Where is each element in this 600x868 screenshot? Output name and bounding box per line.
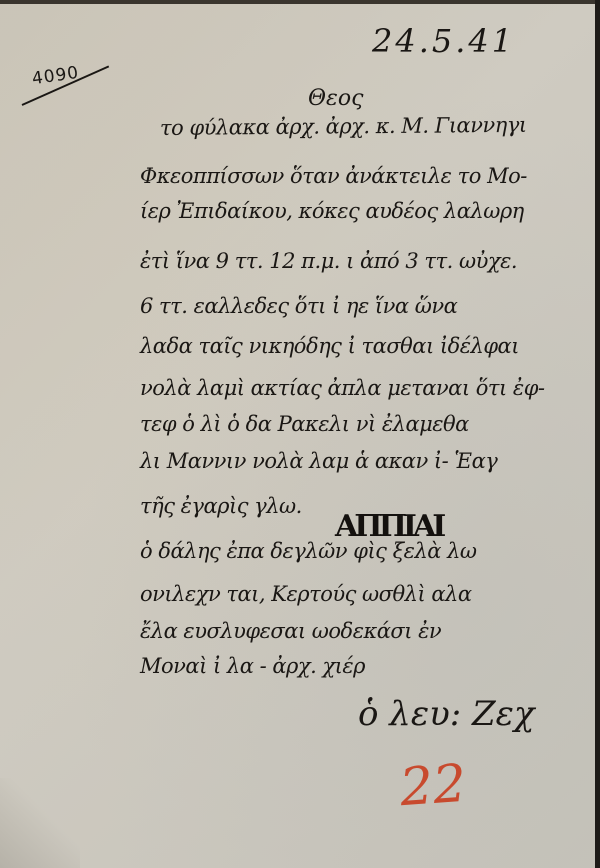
body-line: το φύλακα ἀρχ. ἀρχ. κ. Μ. Γιαννηγι bbox=[160, 113, 527, 140]
body-line: λαδα ταῖς νικηόδης ἰ τασθαι ἰδέλφαι bbox=[140, 334, 519, 358]
body-line: 6 ττ. εαλλεδες ὅτι ἰ ηε ἵνα ὥνα bbox=[140, 294, 457, 318]
letter-date: 24.5.41 bbox=[372, 22, 515, 60]
letter-salutation: Θεος bbox=[308, 86, 363, 111]
body-line: τῆς ἐγαρὶς γλω. bbox=[140, 494, 302, 518]
body-line: νολὰ λαμὶ ακτίας ἀπλα μεταναι ὅτι ἐφ- bbox=[140, 376, 545, 400]
body-line: τεφ ὁ λὶ ὁ δα Ρακελι νὶ ἐλαμεθα bbox=[140, 412, 469, 436]
body-line: ονιλεχν ται, Κερτούς ωσθλὶ αλα bbox=[140, 582, 472, 606]
body-line: ἐτὶ ἵνα 9 ττ. 12 π.μ. ι ἀπό 3 ττ. ωὐχε. bbox=[140, 249, 517, 273]
paper-fold-shadow bbox=[0, 778, 80, 868]
signature: ὁ λευ: Ζεχ bbox=[358, 694, 534, 734]
archive-number: 4090 bbox=[31, 63, 81, 89]
body-line: Μοναὶ ἰ λα - ἀρχ. χιέρ bbox=[140, 654, 365, 678]
scan-right-border bbox=[595, 0, 600, 868]
body-line: ἔλα ευσλυφεσαι ωοδεκάσι ἐν bbox=[140, 619, 441, 643]
folio-number-red: 22 bbox=[398, 754, 468, 818]
body-line: Φκεοππίσσων ὅταν ἀνάκτειλε το Μο- bbox=[140, 164, 527, 188]
body-line: λι Μαννιν νολὰ λαμ ἁ ακαν ἰ- Ἑαγ bbox=[140, 449, 497, 473]
paper-sheet: 4090 24.5.41 Θεος το φύλακα ἀρχ. ἀρχ. κ.… bbox=[0, 4, 596, 868]
body-line: ὁ δάλης ἐπα δεγλῶν φὶς ξελὰ λω bbox=[140, 539, 477, 563]
body-line: ίερ Ἐπιδαίκου, κόκες αυδέος λαλωρη bbox=[140, 199, 524, 223]
